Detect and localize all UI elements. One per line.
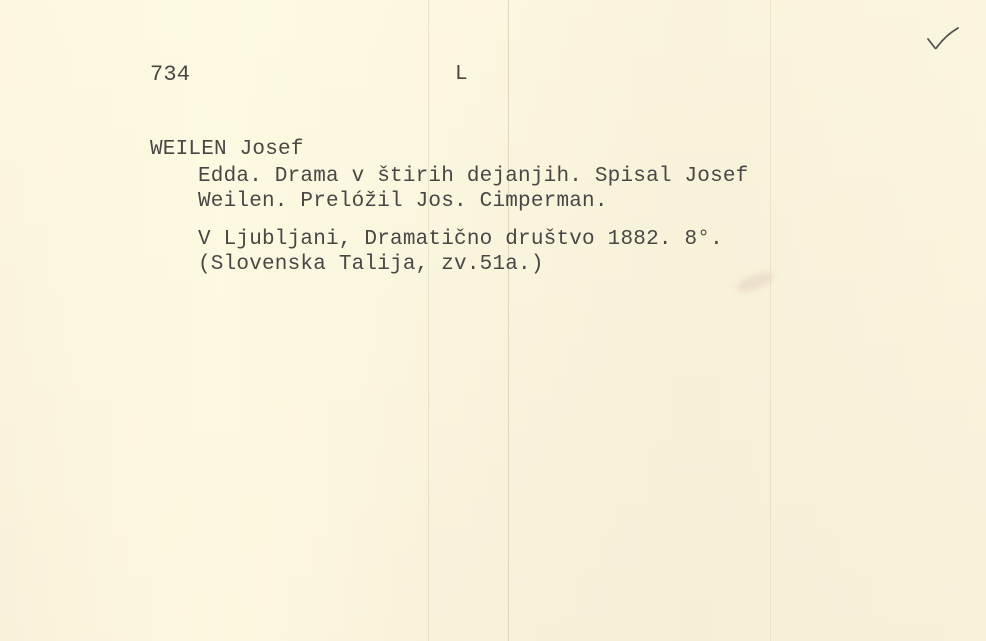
paper-streak xyxy=(770,0,771,641)
paper-streak xyxy=(428,0,429,641)
author-heading: WEILEN Josef xyxy=(150,138,304,162)
paper-streak xyxy=(508,0,509,641)
section-letter: L xyxy=(455,63,468,87)
title-line: Weilen. Prelóžil Jos. Cimperman. xyxy=(198,190,608,214)
catalog-card: 734 L WEILEN Josef Edda. Drama v štirih … xyxy=(0,0,986,641)
checkmark-icon xyxy=(926,26,960,52)
call-number: 734 xyxy=(150,63,190,87)
series-line: (Slovenska Talija, zv.51a.) xyxy=(198,253,544,277)
title-line: Edda. Drama v štirih dejanjih. Spisal Jo… xyxy=(198,165,749,189)
imprint-line: V Ljubljani, Dramatično društvo 1882. 8°… xyxy=(198,228,723,252)
